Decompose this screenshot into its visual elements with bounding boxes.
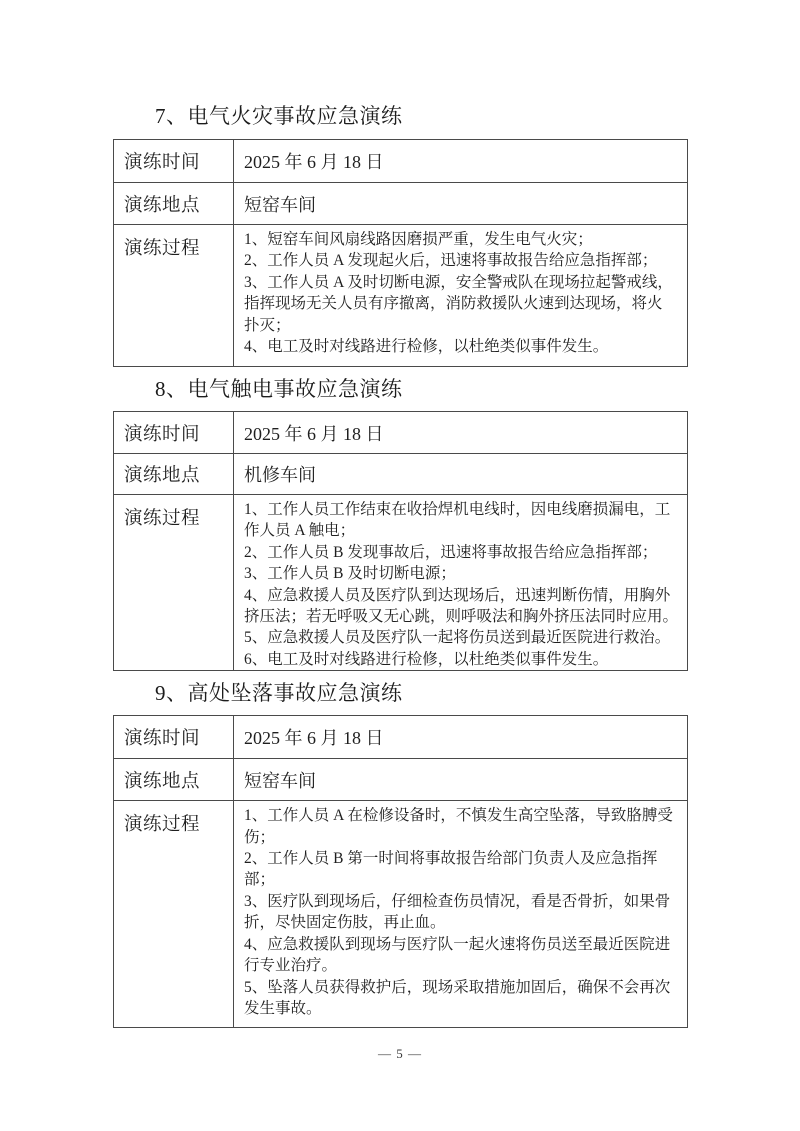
table-row-drill-location: 演练地点 短窑车间 <box>114 759 688 801</box>
drill-table: 演练时间 2025 年 6 月 18 日 演练地点 短窑车间 演练过程 1、工作… <box>113 715 688 1028</box>
row-value: 机修车间 <box>234 454 688 495</box>
table-row-drill-process: 演练过程 1、工作人员工作结束在收拾焊机电线时，因电线磨损漏电，工 作人员 A … <box>114 495 688 671</box>
row-value: 2025 年 6 月 18 日 <box>234 412 688 454</box>
row-value: 1、短窑车间风扇线路因磨损严重，发生电气火灾； 2、工作人员 A 发现起火后，迅… <box>234 225 688 367</box>
row-label: 演练地点 <box>114 183 234 225</box>
row-label: 演练过程 <box>114 225 234 367</box>
row-label: 演练时间 <box>114 716 234 759</box>
row-label: 演练时间 <box>114 412 234 454</box>
section-heading: 9、高处坠落事故应急演练 <box>113 680 687 707</box>
section-electrical-fire-drill: 7、电气火灾事故应急演练 演练时间 2025 年 6 月 18 日 演练地点 短… <box>113 103 687 367</box>
row-label: 演练地点 <box>114 454 234 495</box>
row-label: 演练地点 <box>114 759 234 801</box>
page-number: — 5 — <box>0 1046 800 1062</box>
section-heading: 8、电气触电事故应急演练 <box>113 376 687 403</box>
table-row-drill-process: 演练过程 1、短窑车间风扇线路因磨损严重，发生电气火灾； 2、工作人员 A 发现… <box>114 225 688 367</box>
table-row-drill-time: 演练时间 2025 年 6 月 18 日 <box>114 716 688 759</box>
drill-table: 演练时间 2025 年 6 月 18 日 演练地点 短窑车间 演练过程 1、短窑… <box>113 139 688 367</box>
drill-table: 演练时间 2025 年 6 月 18 日 演练地点 机修车间 演练过程 1、工作… <box>113 411 688 671</box>
section-heading: 7、电气火灾事故应急演练 <box>113 103 687 130</box>
row-value: 短窑车间 <box>234 183 688 225</box>
table-row-drill-time: 演练时间 2025 年 6 月 18 日 <box>114 140 688 183</box>
row-label: 演练过程 <box>114 495 234 671</box>
table-row-drill-location: 演练地点 短窑车间 <box>114 183 688 225</box>
row-label: 演练时间 <box>114 140 234 183</box>
row-value: 2025 年 6 月 18 日 <box>234 140 688 183</box>
row-value: 2025 年 6 月 18 日 <box>234 716 688 759</box>
row-value: 短窑车间 <box>234 759 688 801</box>
row-value: 1、工作人员 A 在检修设备时，不慎发生高空坠落，导致胳膊受 伤； 2、工作人员… <box>234 801 688 1028</box>
row-label: 演练过程 <box>114 801 234 1028</box>
document-page: 7、电气火灾事故应急演练 演练时间 2025 年 6 月 18 日 演练地点 短… <box>0 0 800 1131</box>
table-row-drill-process: 演练过程 1、工作人员 A 在检修设备时，不慎发生高空坠落，导致胳膊受 伤； 2… <box>114 801 688 1028</box>
table-row-drill-location: 演练地点 机修车间 <box>114 454 688 495</box>
document-content: 7、电气火灾事故应急演练 演练时间 2025 年 6 月 18 日 演练地点 短… <box>113 0 687 1028</box>
section-fall-from-height-drill: 9、高处坠落事故应急演练 演练时间 2025 年 6 月 18 日 演练地点 短… <box>113 680 687 1028</box>
row-value: 1、工作人员工作结束在收拾焊机电线时，因电线磨损漏电，工 作人员 A 触电； 2… <box>234 495 688 671</box>
section-electric-shock-drill: 8、电气触电事故应急演练 演练时间 2025 年 6 月 18 日 演练地点 机… <box>113 376 687 671</box>
table-row-drill-time: 演练时间 2025 年 6 月 18 日 <box>114 412 688 454</box>
